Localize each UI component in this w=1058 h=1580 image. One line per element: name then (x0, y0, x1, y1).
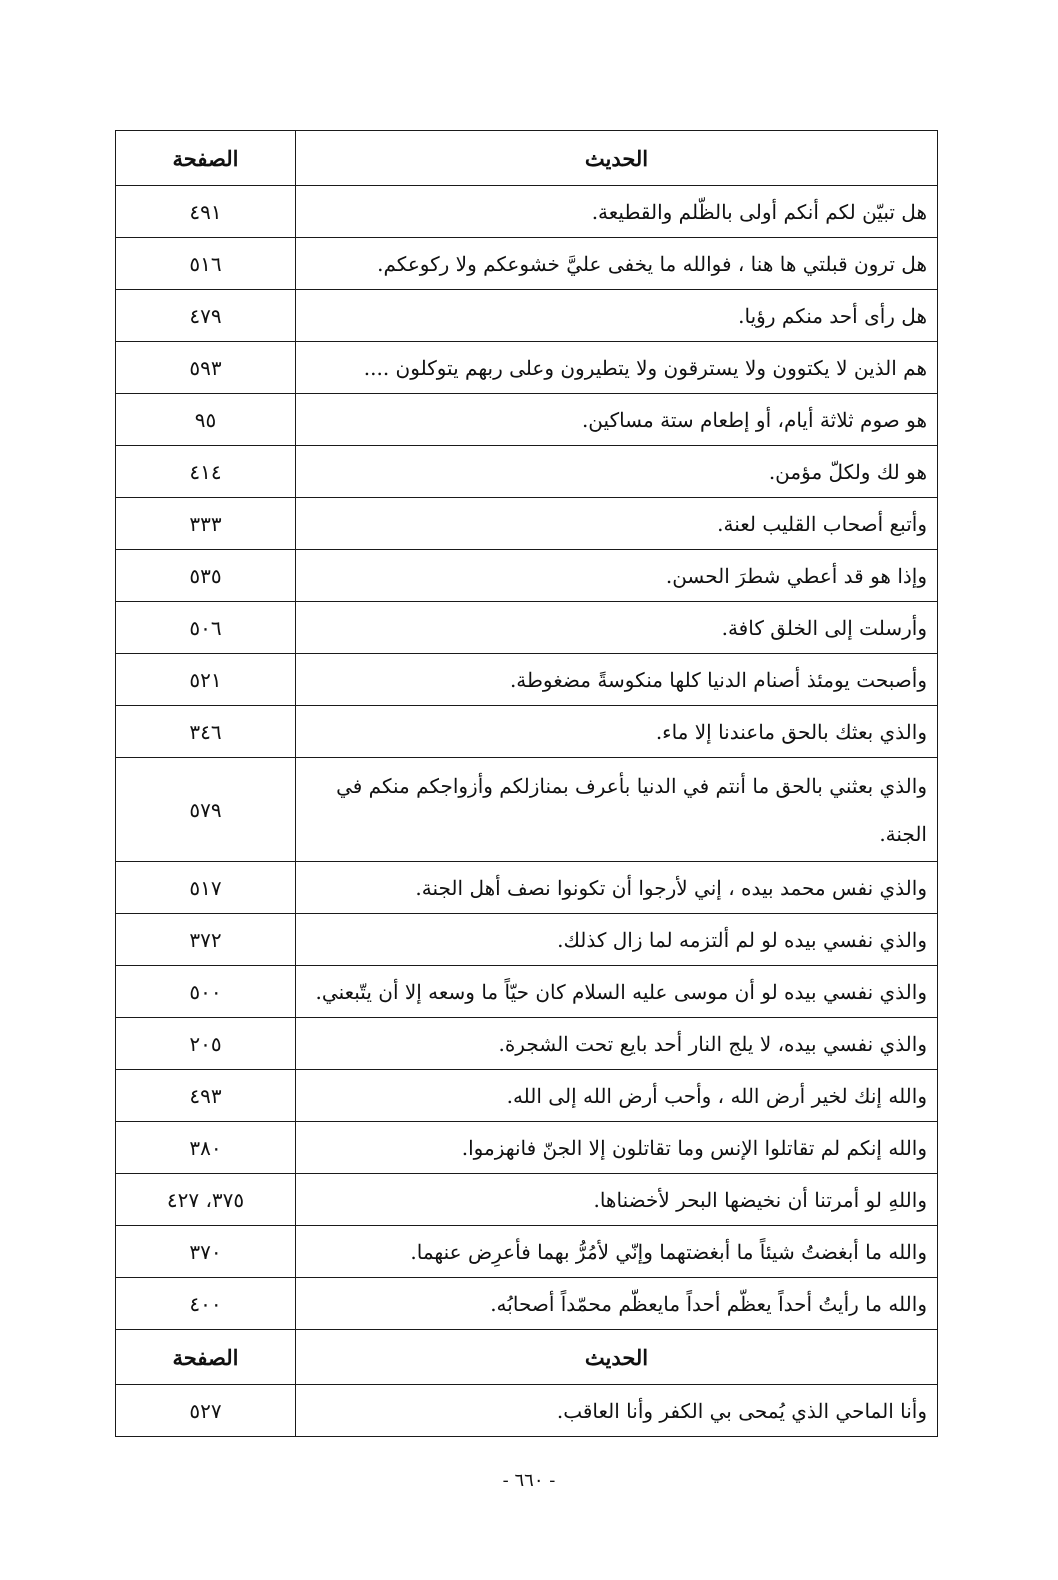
table-header-row-repeat: الحديثالصفحة (116, 1330, 938, 1385)
page-reference: ٤٩٣ (116, 1070, 296, 1122)
hadith-text: والذي نفس محمد بيده ، إني لأرجوا أن تكون… (296, 862, 938, 914)
page-reference: ٥٧٩ (116, 758, 296, 862)
page-reference: ٣٧٥، ٤٢٧ (116, 1174, 296, 1226)
hadith-text: والذي نفسي بيده لو لم ألتزمه لما زال كذل… (296, 914, 938, 966)
table-body: الحديث الصفحة هل تبيّن لكم أنكم أولى بال… (116, 131, 938, 1437)
hadith-text: وأتبع أصحاب القليب لعنة. (296, 498, 938, 550)
hadith-text: وإذا هو قد أعطي شطرَ الحسن. (296, 550, 938, 602)
hadith-text: والذي بعثك بالحق ماعندنا إلا ماء. (296, 706, 938, 758)
page-reference: ٣٧٠ (116, 1226, 296, 1278)
header-hadith: الحديث (296, 1330, 938, 1385)
hadith-text: واللهِ لو أمرتنا أن نخيضها البحر لأخضناه… (296, 1174, 938, 1226)
table-row: والذي نفسي بيده، لا يلج النار أحد بايع ت… (116, 1018, 938, 1070)
table-header-row: الحديث الصفحة (116, 131, 938, 186)
table-row: والذي نفس محمد بيده ، إني لأرجوا أن تكون… (116, 862, 938, 914)
page-reference: ٥١٧ (116, 862, 296, 914)
page-reference: ٥١٦ (116, 238, 296, 290)
table-row: هل تبيّن لكم أنكم أولى بالظّلم والقطيعة.… (116, 186, 938, 238)
table-row: هل رأى أحد منكم رؤيا.٤٧٩ (116, 290, 938, 342)
table-row: هم الذين لا يكتوون ولا يسترقون ولا يتطير… (116, 342, 938, 394)
table-row: والذي بعثك بالحق ماعندنا إلا ماء.٣٤٦ (116, 706, 938, 758)
table-row: والله إنكم لم تقاتلوا الإنس وما تقاتلون … (116, 1122, 938, 1174)
table-row: وأتبع أصحاب القليب لعنة.٣٣٣ (116, 498, 938, 550)
page-reference: ٥٠٦ (116, 602, 296, 654)
table-row: والذي نفسي بيده لو لم ألتزمه لما زال كذل… (116, 914, 938, 966)
page-reference: ٣٣٣ (116, 498, 296, 550)
page-reference: ٥٢٧ (116, 1385, 296, 1437)
page-reference: ٢٠٥ (116, 1018, 296, 1070)
hadith-text: والذي نفسي بيده، لا يلج النار أحد بايع ت… (296, 1018, 938, 1070)
table-row: هل ترون قبلتي ها هنا ، فوالله ما يخفى عل… (116, 238, 938, 290)
hadith-text: هل رأى أحد منكم رؤيا. (296, 290, 938, 342)
page-reference: ٥٣٥ (116, 550, 296, 602)
hadith-text: والله ما رأيتُ أحداً يعظّم أحداً مايعظّم… (296, 1278, 938, 1330)
hadith-text: والذي نفسي بيده لو أن موسى عليه السلام ك… (296, 966, 938, 1018)
page-reference: ٣٧٢ (116, 914, 296, 966)
table-row: وأرسلت إلى الخلق كافة.٥٠٦ (116, 602, 938, 654)
table-row: هو لك ولكلّ مؤمن.٤١٤ (116, 446, 938, 498)
hadith-text: هل تبيّن لكم أنكم أولى بالظّلم والقطيعة. (296, 186, 938, 238)
hadith-text: وأصبحت يومئذ أصنام الدنيا كلها منكوسةً م… (296, 654, 938, 706)
table-row: هو صوم ثلاثة أيام، أو إطعام ستة مساكين.٩… (116, 394, 938, 446)
page-reference: ٤٧٩ (116, 290, 296, 342)
hadith-text: والله إنكم لم تقاتلوا الإنس وما تقاتلون … (296, 1122, 938, 1174)
table-row: وأنا الماحي الذي يُمحى بي الكفر وأنا الع… (116, 1385, 938, 1437)
page-number: - ٦٦٠ - (0, 1470, 1058, 1491)
page-reference: ٣٤٦ (116, 706, 296, 758)
table-row: واللهِ لو أمرتنا أن نخيضها البحر لأخضناه… (116, 1174, 938, 1226)
hadith-text: هم الذين لا يكتوون ولا يسترقون ولا يتطير… (296, 342, 938, 394)
page-reference: ٩٥ (116, 394, 296, 446)
table-row: وإذا هو قد أعطي شطرَ الحسن.٥٣٥ (116, 550, 938, 602)
table-row: وأصبحت يومئذ أصنام الدنيا كلها منكوسةً م… (116, 654, 938, 706)
hadith-text: وأرسلت إلى الخلق كافة. (296, 602, 938, 654)
hadith-text: هل ترون قبلتي ها هنا ، فوالله ما يخفى عل… (296, 238, 938, 290)
table-row: والذي نفسي بيده لو أن موسى عليه السلام ك… (116, 966, 938, 1018)
page-reference: ٥٩٣ (116, 342, 296, 394)
page-reference: ٣٨٠ (116, 1122, 296, 1174)
page-reference: ٤٩١ (116, 186, 296, 238)
page-reference: ٥٢١ (116, 654, 296, 706)
hadith-text: هو صوم ثلاثة أيام، أو إطعام ستة مساكين. (296, 394, 938, 446)
table-row: والذي بعثني بالحق ما أنتم في الدنيا بأعر… (116, 758, 938, 862)
hadith-text: وأنا الماحي الذي يُمحى بي الكفر وأنا الع… (296, 1385, 938, 1437)
hadith-text: والذي بعثني بالحق ما أنتم في الدنيا بأعر… (296, 758, 938, 862)
hadith-text: والله إنك لخير أرض الله ، وأحب أرض الله … (296, 1070, 938, 1122)
page-reference: ٤١٤ (116, 446, 296, 498)
hadith-text: والله ما أبغضتُ شيئاً ما أبغضتهما وإنّي … (296, 1226, 938, 1278)
table-row: والله ما أبغضتُ شيئاً ما أبغضتهما وإنّي … (116, 1226, 938, 1278)
hadith-text: هو لك ولكلّ مؤمن. (296, 446, 938, 498)
page-reference: ٤٠٠ (116, 1278, 296, 1330)
header-hadith: الحديث (296, 131, 938, 186)
hadith-index-table: الحديث الصفحة هل تبيّن لكم أنكم أولى بال… (115, 130, 938, 1437)
table-row: والله ما رأيتُ أحداً يعظّم أحداً مايعظّم… (116, 1278, 938, 1330)
header-page: الصفحة (116, 1330, 296, 1385)
page-reference: ٥٠٠ (116, 966, 296, 1018)
header-page: الصفحة (116, 131, 296, 186)
table-row: والله إنك لخير أرض الله ، وأحب أرض الله … (116, 1070, 938, 1122)
